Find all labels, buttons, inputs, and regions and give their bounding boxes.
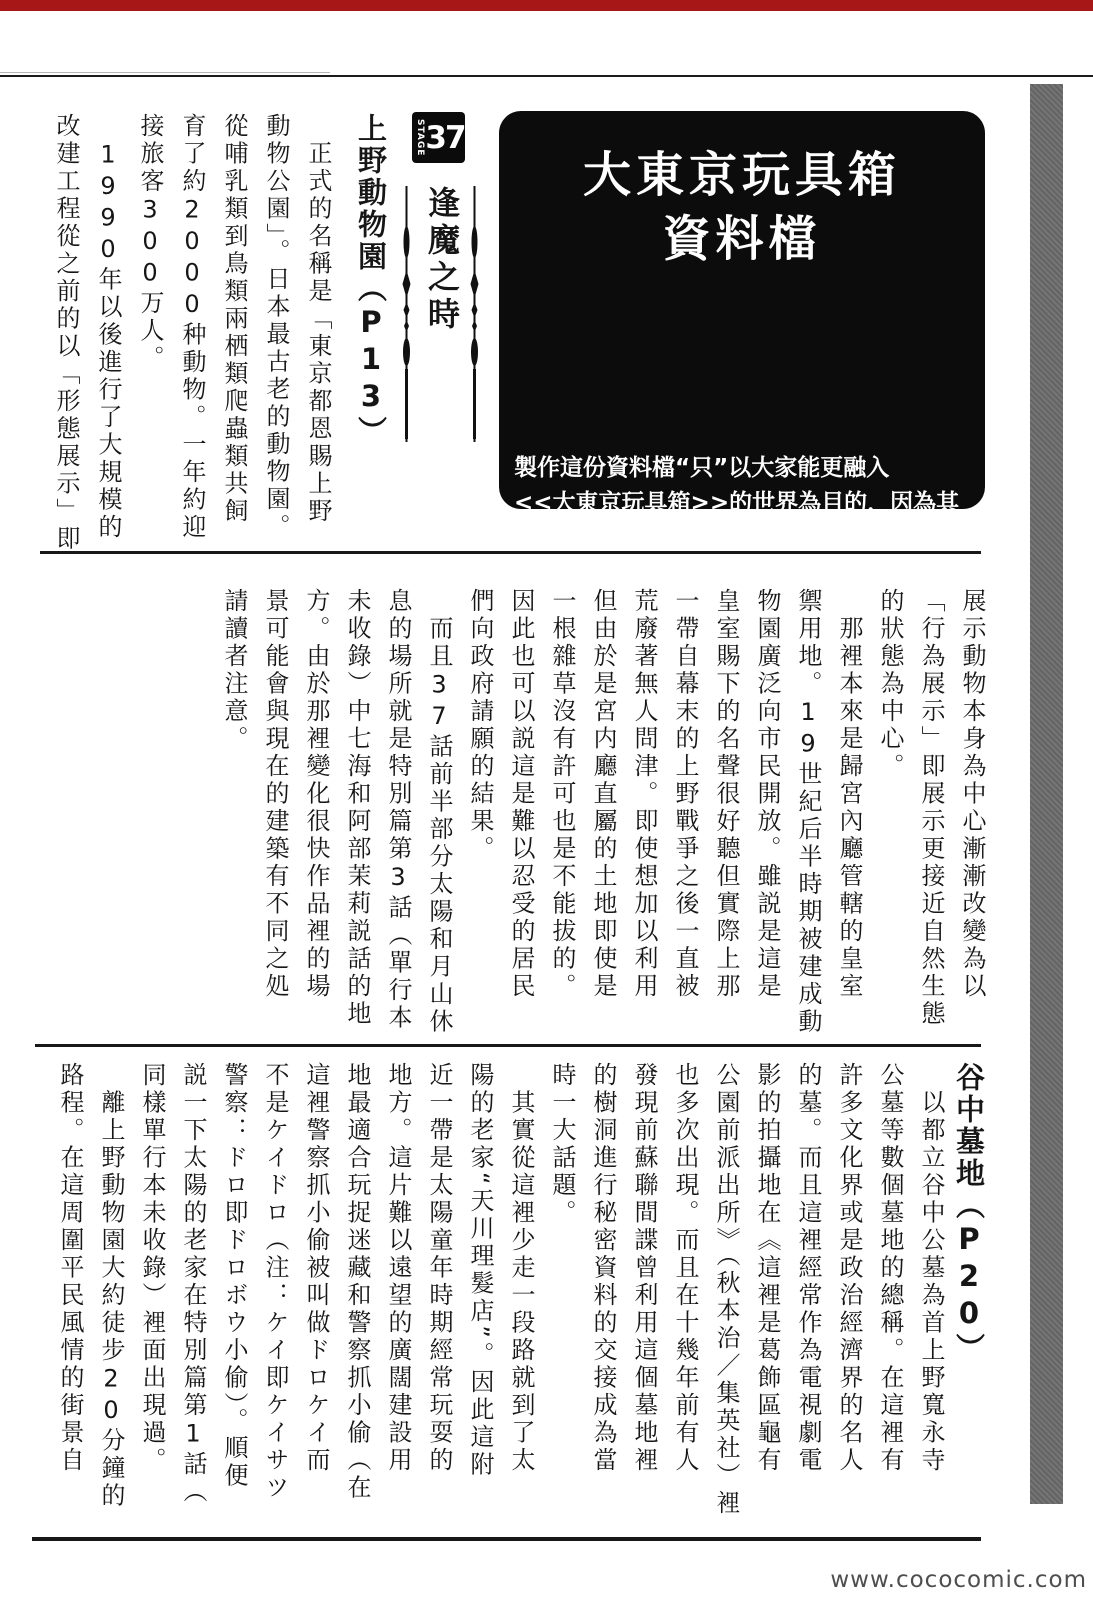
yanaka-paragraph-columns: 以都立谷中公墓為首上野寬永寺公墓等數個墓地的總稱。在這裡有許多文化界或是政治經濟… [49, 1062, 951, 1540]
text-column: 近一帶是太陽童年時期經常玩耍的 [418, 1062, 459, 1540]
section-divider-line [35, 1044, 981, 1047]
text-column: 陽的老家“天川理髮店”。因此這附 [459, 1062, 500, 1540]
text-column: 不是ケイドロ（注：ケイ即ケイサツ [254, 1062, 295, 1540]
text-column: 地方。這片難以遠望的廣闊建設用 [377, 1062, 418, 1540]
text-column: 的墓。而且這裡經常作為電視劇電 [787, 1062, 828, 1540]
text-column: 發現前蘇聯間諜曾利用這個墓地裡 [623, 1062, 664, 1540]
text-column: 物園廣泛向市民開放。雖説是這是 [746, 588, 787, 1043]
middle-paragraph-columns: 展示動物本身為中心漸漸改變為以「行為展示」即展示更接近自然生態的狀態為中心。 那… [213, 588, 992, 1043]
text-column: 離上野動物園大約徒步20分鐘的 [90, 1062, 131, 1540]
text-column: 一帶自幕末的上野戰爭之後一直被 [664, 588, 705, 1043]
text-column: 「行為展示」即展示更接近自然生態 [910, 588, 951, 1043]
text-column: 説一下太陽的老家在特別篇第1話（ [172, 1062, 213, 1540]
stage-badge-number: 37 [425, 120, 465, 156]
info-box-title-line2: 資料檔 [499, 211, 985, 269]
text-column: 正式的名稱是「東京都恩賜上野 [297, 113, 339, 568]
text-column: 息的場所就是特別篇第3話（單行本 [377, 588, 418, 1043]
text-column: 動物公園」。日本最古老的動物園。 [255, 113, 297, 568]
text-column: 影的拍攝地在《這裡是葛飾區龜有 [746, 1062, 787, 1540]
text-column: 從哺乳類到鳥類兩栖類爬蟲類共飼 [213, 113, 255, 568]
ornament-line-icon [402, 184, 411, 444]
text-column: 請讀者注意。 [213, 588, 254, 1043]
text-column: 1990年以後進行了大規模的 [87, 113, 129, 568]
section-divider-line [32, 1537, 981, 1541]
text-column: 警察：ドロ即ドロボウ小偷）。順便 [213, 1062, 254, 1540]
top-border-line [0, 75, 1093, 77]
text-column: 方。由於那裡變化很快作品裡的場 [295, 588, 336, 1043]
text-column: 的樹洞進行秘密資料的交接成為當 [582, 1062, 623, 1540]
text-column: 而且37話前半部分太陽和月山休 [418, 588, 459, 1043]
text-column: 展示動物本身為中心漸漸改變為以 [951, 588, 992, 1043]
text-column: 因此也可以説這是難以忍受的居民 [500, 588, 541, 1043]
info-box-body-line: 製作這份資料檔“只”以大家能更融入 [514, 451, 977, 486]
text-column: 但由於是宮内廳直屬的土地即使是 [582, 588, 623, 1043]
text-column: 其實從這裡少走一段路就到了太 [500, 1062, 541, 1540]
text-column: 未收錄）中七海和阿部茉莉説話的地 [336, 588, 377, 1043]
text-column: 許多文化界或是政治經濟界的名人 [828, 1062, 869, 1540]
info-box-body-line: 虛實交錯所以當各位讀者要拿來吹噓引用 [514, 556, 977, 591]
text-column: 那裡本來是歸宮內廳管轄的皇室 [828, 588, 869, 1043]
text-column: 改建工程從之前的以「形態展示」即 [45, 113, 87, 568]
text-column: 路程。在這周圍平民風情的街景自 [49, 1062, 90, 1540]
text-column: 公墓等數個墓地的總稱。在這裡有 [869, 1062, 910, 1540]
right-edge-gray-bar [1030, 84, 1063, 1504]
text-column: 們向政府請願的結果。 [459, 588, 500, 1043]
info-box-body-line: <<大東京玩具箱>>的世界為目的，因為其中 [514, 486, 977, 556]
manga-data-file-page: 大東京玩具箱 資料檔 製作這份資料檔“只”以大家能更融入 <<大東京玩具箱>>的… [0, 0, 1093, 1600]
text-column: 以都立谷中公墓為首上野寬永寺 [910, 1062, 951, 1540]
section-heading-yanaka-cemetery: 谷中墓地（P20） [949, 1062, 990, 1312]
info-box: 大東京玩具箱 資料檔 製作這份資料檔“只”以大家能更融入 <<大東京玩具箱>>的… [499, 111, 985, 509]
text-column: 這裡警察抓小偷被叫做ドロケイ而 [295, 1062, 336, 1540]
site-watermark: www.cococomic.com [830, 1567, 1087, 1593]
text-column: 時一大話題。 [541, 1062, 582, 1540]
text-column: 禦用地。19世紀后半時期被建成動 [787, 588, 828, 1043]
text-column: 的狀態為中心。 [869, 588, 910, 1043]
stage-badge: STAGE 37 [412, 112, 465, 163]
page-top-red-strip [0, 0, 1093, 11]
text-column: 育了約2000种動物。一年約迎 [171, 113, 213, 568]
text-column: 公園前派出所》（秋本治／集英社）裡 [705, 1062, 746, 1540]
text-column: 同樣單行本未收錄）裡面出現過。 [131, 1062, 172, 1540]
info-box-title-line1: 大東京玩具箱 [499, 147, 985, 205]
text-column: 接旅客300万人。 [129, 113, 171, 568]
text-column: 一根雜草沒有許可也是不能拔的。 [541, 588, 582, 1043]
scan-hairline [0, 72, 330, 73]
chapter-title: 逢魔之時 [419, 186, 465, 466]
text-column: 景可能會與現在的建築有不同之処 [254, 588, 295, 1043]
text-column: 也多次出現。而且在十幾年前有人 [664, 1062, 705, 1540]
stage-badge-word: STAGE [415, 112, 425, 163]
section-heading-ueno-zoo: 上野動物園（P13） [351, 113, 392, 363]
ornament-line-icon [470, 184, 479, 444]
text-column: 荒廢著無人問津。即使想加以利用 [623, 588, 664, 1043]
text-column: 地最適合玩捉迷藏和警察抓小偷（在 [336, 1062, 377, 1540]
text-column: 皇室賜下的名聲很好聽但實際上那 [705, 588, 746, 1043]
section-divider-line [40, 551, 981, 554]
ueno-paragraph-columns: 正式的名稱是「東京都恩賜上野動物公園」。日本最古老的動物園。從哺乳類到鳥類兩栖類… [45, 113, 339, 568]
